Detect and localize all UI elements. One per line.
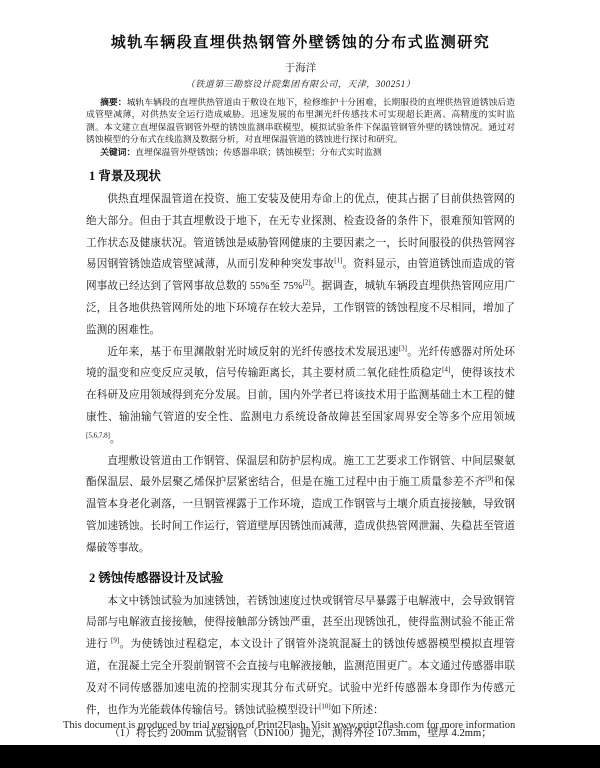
section-2-heading: 2 锈蚀传感器设计及试验: [89, 570, 515, 586]
print2flash-trial-notice: This document is produced by trial versi…: [63, 719, 600, 732]
paper-content: 城轨车辆段直埋供热钢管外壁锈蚀的分布式监测研究 于海洋 （铁道第三勘察设计院集团…: [0, 0, 600, 745]
bottom-black-bar: [0, 745, 600, 768]
paper-title: 城轨车辆段直埋供热钢管外壁锈蚀的分布式监测研究: [86, 33, 515, 53]
section-1-paragraph-2: 近年来，基于布里渊散射光时域反射的光纤传感技术发展迅速[3]。光纤传感器对所处环…: [86, 342, 515, 451]
section-1-heading: 1 背景及现状: [89, 168, 515, 184]
document-page: 城轨车辆段直埋供热钢管外壁锈蚀的分布式监测研究 于海洋 （铁道第三勘察设计院集团…: [0, 0, 600, 768]
keywords-line: 关键词：直埋保温管外壁锈蚀；传感器串联；锈蚀模型；分布式实时监测: [86, 146, 515, 158]
abstract-label: 摘要：: [100, 97, 127, 107]
keywords-text: 直埋保温管外壁锈蚀；传感器串联；锈蚀模型；分布式实时监测: [135, 147, 381, 157]
section-1-paragraph-1: 供热直埋保温管道在投资、施工安装及使用寿命上的优点，使其占据了目前供热管网的绝大…: [86, 189, 515, 342]
paper-affiliation: （铁道第三勘察设计院集团有限公司，天津，300251）: [86, 79, 515, 90]
keywords-label: 关键词：: [100, 147, 135, 157]
abstract-text: 城轨车辆段的直埋供热管道由于敷设在地下，检修维护十分困难，长期服役的直埋供热管道…: [86, 97, 515, 144]
abstract-paragraph: 摘要：城轨车辆段的直埋供热管道由于敷设在地下，检修维护十分困难，长期服役的直埋供…: [86, 96, 515, 146]
section-1-paragraph-3: 直埋敷设管道由工作钢管、保温层和防护层构成。施工工艺要求工作钢管、中间层聚氨酯保…: [86, 451, 515, 560]
section-2-paragraph-1: 本文中锈蚀试验为加速锈蚀，若锈蚀速度过快或钢管尽早暴露于电解液中，会导致钢管局部…: [86, 591, 515, 722]
paper-author: 于海洋: [86, 62, 515, 75]
